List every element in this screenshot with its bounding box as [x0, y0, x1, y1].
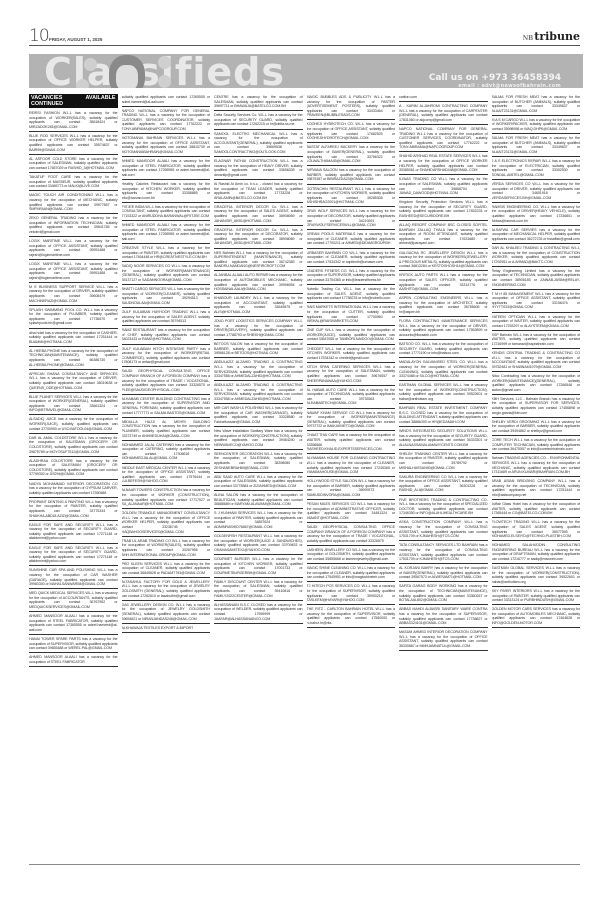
- classified-ad: ABDULAZIZ ALZAHID TRADING & CONTRACTING …: [214, 382, 303, 404]
- classified-ad: SEENCENTER DECORATION W.L.L has a vacanc…: [214, 451, 303, 473]
- contact-email: email : advt@newsofbahrain.com: [458, 83, 561, 88]
- classified-ad: M A S M CARGO W.L.L has a vacancy for th…: [492, 117, 581, 134]
- classified-ad: GOLDEN TRIANGLE MANAGEMENT CONSULTANCY W…: [122, 510, 211, 536]
- classified-ad: New Wave Installation Sanitary Ware has …: [214, 428, 303, 450]
- classified-ad: Bahrain TRADING AGENCIES CO. - ENVIRONME…: [492, 455, 581, 477]
- classified-ad: ILYAAS TRADING CO W.L.L has a vacancy fo…: [399, 176, 488, 198]
- classified-ad: MAGIC BUBBLES ADS & PUBLICITY W.L.L has …: [307, 94, 396, 120]
- classified-ad: ALJANBAL ALAALI AUTO REPAIR has a vacanc…: [214, 272, 303, 294]
- newspaper-logo: NBtribune: [523, 30, 580, 43]
- classified-ad: EAGLE FOR SAFE AND SECURITY W.L.L has a …: [29, 545, 118, 567]
- classified-ad: SAKURA ENGINEERING CO W.L.L has a vacanc…: [399, 474, 488, 496]
- classified-ad: NAPCO NATIONAL COMPANY FOR GENERAL TRADI…: [122, 108, 211, 134]
- classified-ad: ABBAS MAHDI ALBASRI SANITARY WARE CONTRA…: [399, 606, 488, 628]
- classified-ad: MOTOMANIA BAHRAIN SERVICES W.L.L has a v…: [122, 135, 211, 157]
- classified-ad: S J KUNHAM SERVICES W.L.L has a vacancy …: [214, 510, 303, 532]
- classified-ad: BASTAT ALFAREEJ BACKERY has a vacancy fo…: [307, 144, 396, 166]
- classified-ad: LEADERS FITNESS CO. W.L.L has a vacancy …: [307, 268, 396, 285]
- classified-ad: T M H 85 MANAGEMENT W.L.L has a vacancy …: [492, 291, 581, 313]
- classified-ad: MIDDLE EAST MEDICAL CENTER W.L.L has a v…: [122, 465, 211, 487]
- classified-ad: TAKATUF FOOT CARE has a vacancy for the …: [29, 174, 118, 191]
- page-number: 10: [29, 26, 49, 46]
- classified-ad: ABDULAZIZ ALZAHID TRADING & CONTRACTING …: [214, 359, 303, 381]
- classified-ad: Juffair Glass Hotel has a vacancy for th…: [492, 501, 581, 518]
- classified-ad: TATA CONSULTANCY SERVICES LTD BAHRAIN ha…: [399, 542, 488, 564]
- classified-ad: YATEEM OPTICIAN W.L.L has a vacancy for …: [492, 314, 581, 331]
- classified-ad: PRO KLEEN SERVICES W.L.L has a vacancy f…: [122, 561, 211, 578]
- classified-ad: DAR AL KHALEEJ TRADING & CONTRACTING W.L…: [492, 245, 581, 267]
- classified-ad: Healthy Calories Restaurant has a vacanc…: [122, 181, 211, 203]
- classified-ad: ALTASAHUL FACTORY FOR GOLD & JEWELLERY W…: [122, 579, 211, 601]
- classified-ad: suitably qualified applicants can contac…: [122, 94, 211, 107]
- classifieds-banner: Classifieds Call us on +973 36458394 ema…: [29, 54, 583, 88]
- classified-ad: KOOHEJI HYBROTECH CO. W.L.L has a vacanc…: [307, 121, 396, 143]
- classified-ad: MAGIC SHINE CLEANING CO. W.L.L has a vac…: [307, 565, 396, 582]
- classified-ad: GULF KULAIBAN HITCH INTENSIVE PARTY has …: [122, 346, 211, 368]
- footer-divider: [29, 864, 580, 865]
- logo-text: tribune: [534, 30, 580, 43]
- classified-ad: GOLDENFISH RESTAURANT W.L.L has a vacanc…: [214, 533, 303, 555]
- classified-ad: EASTMAN GLOBAL SERVICES W.L.L has a vaca…: [492, 565, 581, 587]
- classified-ad: ALHASSANAIN B.S.C CLOSED has a vacancy f…: [214, 602, 303, 624]
- classified-ad: carlton.com: [399, 94, 488, 102]
- classified-ad: EASTMAN GLOBAL SERVICES W.L.L has a vaca…: [399, 382, 488, 404]
- classified-ad: Nobello Trading Co. W.L.L has a vacancy …: [307, 286, 396, 303]
- classified-ad: AHMED MANSOOR ALAALI has a vacancy for t…: [29, 613, 118, 635]
- classified-ad: AL KORJANI BAKRY has a vacancy for the o…: [399, 565, 488, 582]
- classified-ad: FIVE BROTHERS TRADING & CONTRACTING CO. …: [399, 497, 488, 519]
- classified-ad: BAHRAIN REAL ESTATE INVESTMENT COMPANY B…: [399, 405, 488, 427]
- classified-ad: Relay Engineering Limited has a vacancy …: [492, 268, 581, 290]
- mobile-icon: [158, 56, 171, 69]
- classified-ad: DAR AL AMAL COLDSTORE W.L.L has a vacanc…: [29, 435, 118, 457]
- classified-ad: AHMED MANSOOR ALAALI has a vacancy for t…: [122, 222, 211, 244]
- classified-ad: Nitoc Contracting has a vacancy for the …: [492, 373, 581, 395]
- classified-ad: ALKHAWAJA TEXTILES EXPORT & IMPORT: [122, 625, 211, 633]
- classified-ad: VERDA SERVICES CO W.L.L has a vacancy fo…: [492, 181, 581, 203]
- avatar-illustration: [109, 55, 145, 88]
- classified-ad: J & S ELECTRONICS REPAIR W.L.L has a vac…: [492, 158, 581, 180]
- classified-ad: SSP Bahrain W.L.L has a vacancy for the …: [492, 332, 581, 349]
- classified-ad: SALMA FOR FRESH MEAT has a vacancy for t…: [492, 135, 581, 157]
- classified-ad: GRAY WOLF SERVICES W.L.L has a vacancy f…: [307, 208, 396, 230]
- classified-ad: RAIS MARKETS INTERNATIONAL W.L.L has a v…: [307, 304, 396, 326]
- classified-ad: KBH Services, LLC - Bahrain Branch has a…: [492, 396, 581, 418]
- classified-ad: CORE TECH W.L.L has a vacancy for the oc…: [492, 437, 581, 454]
- classified-ad: BETOOS SALON has a vacancy for the occup…: [214, 341, 303, 358]
- classified-ad: CHEDDET W.L.L has a vacancy for the occu…: [307, 346, 396, 363]
- column-2: suitably qualified applicants can contac…: [122, 94, 211, 864]
- classified-ad: BATSOO CO. W.L.L has a vacancy for the o…: [399, 341, 488, 358]
- column-4: MAGIC BUBBLES ADS & PUBLICITY W.L.L has …: [307, 94, 396, 864]
- classified-ad: NIRVANA SALOON has a vacancy for the occ…: [307, 167, 396, 184]
- classified-ad: Delta Security Services Co. W.L.L has a …: [214, 112, 303, 129]
- classified-ad: ALLAQ RESORT COMPANY BSC CLOSED SOFITEL …: [399, 222, 488, 248]
- page-header: 10 FRIDAY, AUGUST 1, 2025 NBtribune: [29, 28, 580, 46]
- classified-ad: ZEKO GENERAL TRADING has a vacancy for t…: [29, 215, 118, 237]
- publication-date: FRIDAY, AUGUST 1, 2025: [49, 37, 102, 42]
- classified-ad: SKY RIVER INTERIORS W.L.L has a vacancy …: [492, 588, 581, 605]
- classified-ad: THE RITZ - CARLTON BAHRAIN HOTEL W.L.L h…: [307, 606, 396, 628]
- classified-ad: KENDIS CENTRAL TRADING & CONTRACTING CO …: [492, 350, 581, 372]
- classified-ad: HANAI TOWER SPARE PARTS has a vacancy fo…: [29, 636, 118, 653]
- classified-ad: ASKA CONSTRUCTION COMPANY W.L.L has a va…: [399, 519, 488, 541]
- classified-ad: JOUD PORT LOGISTICS SERVICES COMPANY W.L…: [214, 318, 303, 340]
- classified-ad: ABDULLA HAJJI AL MEHRI BUILDING CONSTRUC…: [122, 419, 211, 441]
- classified-ad: ALNAAR TOWERS CONSTRUCTION has a vacancy…: [122, 487, 211, 509]
- phone-number: Call us on +973 36458394: [429, 73, 561, 83]
- classified-ad: KRITICK AUTO PARTS W.L.L has a vacancy f…: [399, 272, 488, 294]
- logo-prefix: NB: [523, 35, 534, 42]
- classified-ad: AL ASFOOR COLD STORE has a vacancy for t…: [29, 156, 118, 173]
- classified-ad: SHAHID ARSHAD REAL ESTATE SERVICES W.L.L…: [399, 153, 488, 175]
- classified-ad: CHAAT THAI CAFE has a vacancy for the oc…: [307, 432, 396, 454]
- classified-ad: SHELBY TRAINING CENTER W.L.L has a vacan…: [399, 451, 488, 473]
- classified-ad: CREATIVE STYLE W.L.L has a vacancy for t…: [122, 245, 211, 262]
- classified-ad: ALINA SALON has a vacancy for the occupa…: [214, 492, 303, 509]
- classified-ad: LOGIX MARITIME W.L.L has a vacancy for t…: [29, 261, 118, 283]
- classified-ad: ASPEN CONSULTING ENGINEERS W.L.L has a v…: [399, 295, 488, 317]
- classified-ad: GALGACHA RC JEWELLERY DESIGN W.L.L has a…: [399, 250, 488, 272]
- classified-ad: CENTRE has a vacancy for the occupation …: [214, 94, 303, 111]
- column-1: VACANCIES AVAILABLE CONTINUED REIRSI FAS…: [29, 94, 118, 864]
- classified-ad: dina hotel has a vacancy for the occupat…: [29, 330, 118, 347]
- classified-ad: NADYA MOHAMMAD INTERIOR DECORATION CO ha…: [29, 481, 118, 498]
- classified-ad: HOLLYWOOD STYLE SALOON W.L.L has a vacan…: [307, 478, 396, 500]
- classified-ad: MOHAMMED JALAL CATERING has a vacancy fo…: [122, 442, 211, 464]
- classified-ad: KITCH SPAN CATERING SERVICES W.L.L has a…: [307, 364, 396, 386]
- section-heading: VACANCIES AVAILABLE CONTINUED: [29, 94, 118, 108]
- classified-ad: Al Rashid Al Amin co. b.s.c. - closed ha…: [214, 181, 303, 203]
- classified-ad: AL HEEBA PHONE has a vacancy for the occ…: [29, 348, 118, 370]
- classified-columns: VACANCIES AVAILABLE CONTINUED REIRSI FAS…: [29, 94, 580, 864]
- classified-ad: SADIQ NOOR SERVICES CO W.L.L has a vacan…: [122, 263, 211, 285]
- classified-ad: BLUE ROD SERVICES W.L.L has a vacancy fo…: [29, 133, 118, 155]
- classified-ad: MASUM AHMED INTERIOR DECORATION COMPANY …: [399, 629, 488, 651]
- classified-ad: ELAGNAR FATHAI CONSTRUCTION W.L.L has a …: [214, 158, 303, 180]
- classified-ad: SAUDI GEOPHYSICAL CONSULTING OFFICE COMP…: [122, 368, 211, 394]
- classified-ad: PROPAINT DENTING & PAINTING W.L.L has a …: [29, 499, 118, 521]
- classified-ad: ALSAFWA CAR SERVIES has a vacancy for th…: [492, 227, 581, 244]
- classified-ad: A - KARIM ALJAHROMI CONTRACTING COMPANY …: [399, 103, 488, 125]
- classified-ad: ALADHRAA COLDSTORE has a vacancy for the…: [29, 458, 118, 480]
- classified-ad: SHELBY VERDI GROOMING W.L.L has a vacanc…: [492, 419, 581, 436]
- classified-ad: ABU SAAD AUTO CARE W.L.L has a vacancy f…: [214, 474, 303, 491]
- classified-ad: MOHAMED SALAHUDDIN CONSULTING ENGINEERIN…: [492, 542, 581, 564]
- classified-ad: MED QUICK MEDICAL SERVICES W.L.L has a v…: [29, 590, 118, 612]
- classified-ad: BHATTI CARGO SERVICES W.L.L has a vacanc…: [122, 286, 211, 308]
- classified-ad: Kingdom Security Protection Services W.L…: [399, 199, 488, 221]
- classified-ad: TJ HITECH PCS SERVICES CO. W.L.L has a v…: [307, 583, 396, 605]
- classified-ad: GRACEFUL INTERIOR DECOR Co. W.L.L has a …: [214, 227, 303, 249]
- classified-ad: RAMSIS ENGINEERING CO. W.L.L has a vacan…: [492, 204, 581, 226]
- classified-ad: DREAM POOLS MATERIALS has a vacancy for …: [307, 231, 396, 248]
- classified-ad: URBASER BAHRAIN CO W.L.L has a vacancy f…: [307, 250, 396, 267]
- classified-ad: M E BUSINESS SUPPORT SERVICE W.L.L has a…: [29, 284, 118, 306]
- classified-ad: FIITJEE INDIA W.L.L has a vacancy for th…: [122, 204, 211, 221]
- classified-ad: TRAB UL ARAB TRADING CO W.L.L has a vaca…: [122, 538, 211, 560]
- classified-ad: ALSADIQ JUICE has a vacancy for the occu…: [29, 416, 118, 433]
- mail-icon: [84, 58, 97, 71]
- classified-ad: KHABOUR LAUNDRY W.L.L has a vacancy for …: [214, 295, 303, 317]
- classified-ad: FLOWTECH TRADING W.L.L has a vacancy for…: [492, 519, 581, 541]
- classified-ad: GULF KULAIBAN HAYHOOR TRADING W.L.L has …: [122, 309, 211, 326]
- classified-ad: SUNSHINE CAR SPA AND POLISHING W.L.L has…: [29, 567, 118, 589]
- classified-ad: WIND'S INTEGRATED SECURITY SOLUTIONS W.L…: [399, 428, 488, 450]
- classified-ad: SALMA FOR FRESH MEAT has a vacancy for t…: [492, 94, 581, 116]
- classified-ad: SAMOOL ELECTRO MECHANICAL W.L.L has a va…: [214, 131, 303, 157]
- classified-ad: REIRSI FASHION W.L.L has a vacancy for t…: [29, 110, 118, 132]
- classified-ad: MAGIC TOUCH AIR CONDITIONING W.L.L has a…: [29, 192, 118, 214]
- column-5: carlton.comA - KARIM ALJAHROMI CONTRACTI…: [399, 94, 488, 864]
- globe-icon: [158, 75, 171, 88]
- classified-ad: NES Bahrain W.L.L has a vacancy for the …: [214, 250, 303, 272]
- classified-ad: NAWAF KHAM SERVICE CO W.L.L has a vacanc…: [307, 410, 396, 432]
- classified-ad: FAMILY DISCOUNT CENTER W.L.L has a vacan…: [214, 579, 303, 601]
- classified-ad: MADALAYON GALVANISED STEEL CO. W.L.L has…: [399, 359, 488, 381]
- classified-ad: LASHEEN JEWELLERY CO W.L.L has a vacancy…: [307, 547, 396, 564]
- phone-icon: [76, 79, 89, 88]
- classified-ad: LOGIX MARITIME W.L.L has a vacancy for t…: [29, 238, 118, 260]
- classified-ad: AFRICAN GHANA CONSULTANCY AND SERVICES W…: [29, 371, 118, 393]
- classified-ad: DAS JEWELLERY DESIGN CO. W.L.L has a vac…: [122, 602, 211, 624]
- classified-ad: GOTENCHIN RESTAURANT W.L.L has a vacancy…: [307, 186, 396, 208]
- classified-ad: FLORA CONTRACTING MAINTENANCE SERVICES W…: [399, 318, 488, 340]
- classified-ad: EAGLE FOR SAFE AND SECURITY W.L.L has a …: [29, 522, 118, 544]
- classified-ad: ONE CUP W.L.L has a vacancy for the occu…: [307, 327, 396, 344]
- classified-ad: GOLDEN MOTOR CARS SERVICES has a vacancy…: [492, 606, 581, 628]
- classified-ad: MIR CAR WASH & POLISHING W.L.L has a vac…: [214, 405, 303, 427]
- classified-ad: ARAB ASIAN BRIDGING COMPANY W.L.L has a …: [492, 478, 581, 500]
- column-3: CENTRE has a vacancy for the occupation …: [214, 94, 303, 864]
- classified-ad: RAMZ RESTAURANT has a vacancy for the oc…: [122, 327, 211, 344]
- classified-ad: ALHABAIB CENTER BUILDING CONTRACTING has…: [122, 396, 211, 418]
- classified-ad: ALYAMAMA HOUSE FOR CLEANING CONTRACTING …: [307, 455, 396, 477]
- classified-ad: AHMED MANSOOR ALAALI has a vacancy for t…: [29, 654, 118, 667]
- classified-ad: AHMED MANSOOR ALAALI has a vacancy for t…: [122, 158, 211, 180]
- classified-ad: GRACEFUL INTERIOR DECOR Co. W.L.L has a …: [214, 204, 303, 226]
- classified-ad: PESAN MILES SERVICES CO W.L.L has a vaca…: [307, 501, 396, 523]
- classified-ad: GOURMET BURGER W.L.L has a vacancy for t…: [214, 556, 303, 578]
- classified-ad: AL HABAB AUTO CARE W.L.L has a vacancy f…: [307, 387, 396, 409]
- classified-ad: SAUDI GEOPHYSICAL CONSULTING OFFICE COMP…: [307, 524, 396, 546]
- classified-ad: BLUE PLANET SERVICES W.L.L has a vacancy…: [29, 394, 118, 416]
- column-6: SALMA FOR FRESH MEAT has a vacancy for t…: [492, 94, 581, 864]
- classified-ad: NAPCO NATIONAL COMPANY FOR GENERAL TRADI…: [399, 126, 488, 152]
- classified-ad: SPLASH SWIMMING POOL CO. W.L.L has a vac…: [29, 307, 118, 329]
- classified-ad: SAFITA GARAG BODY WORKING has a vacancy …: [399, 583, 488, 605]
